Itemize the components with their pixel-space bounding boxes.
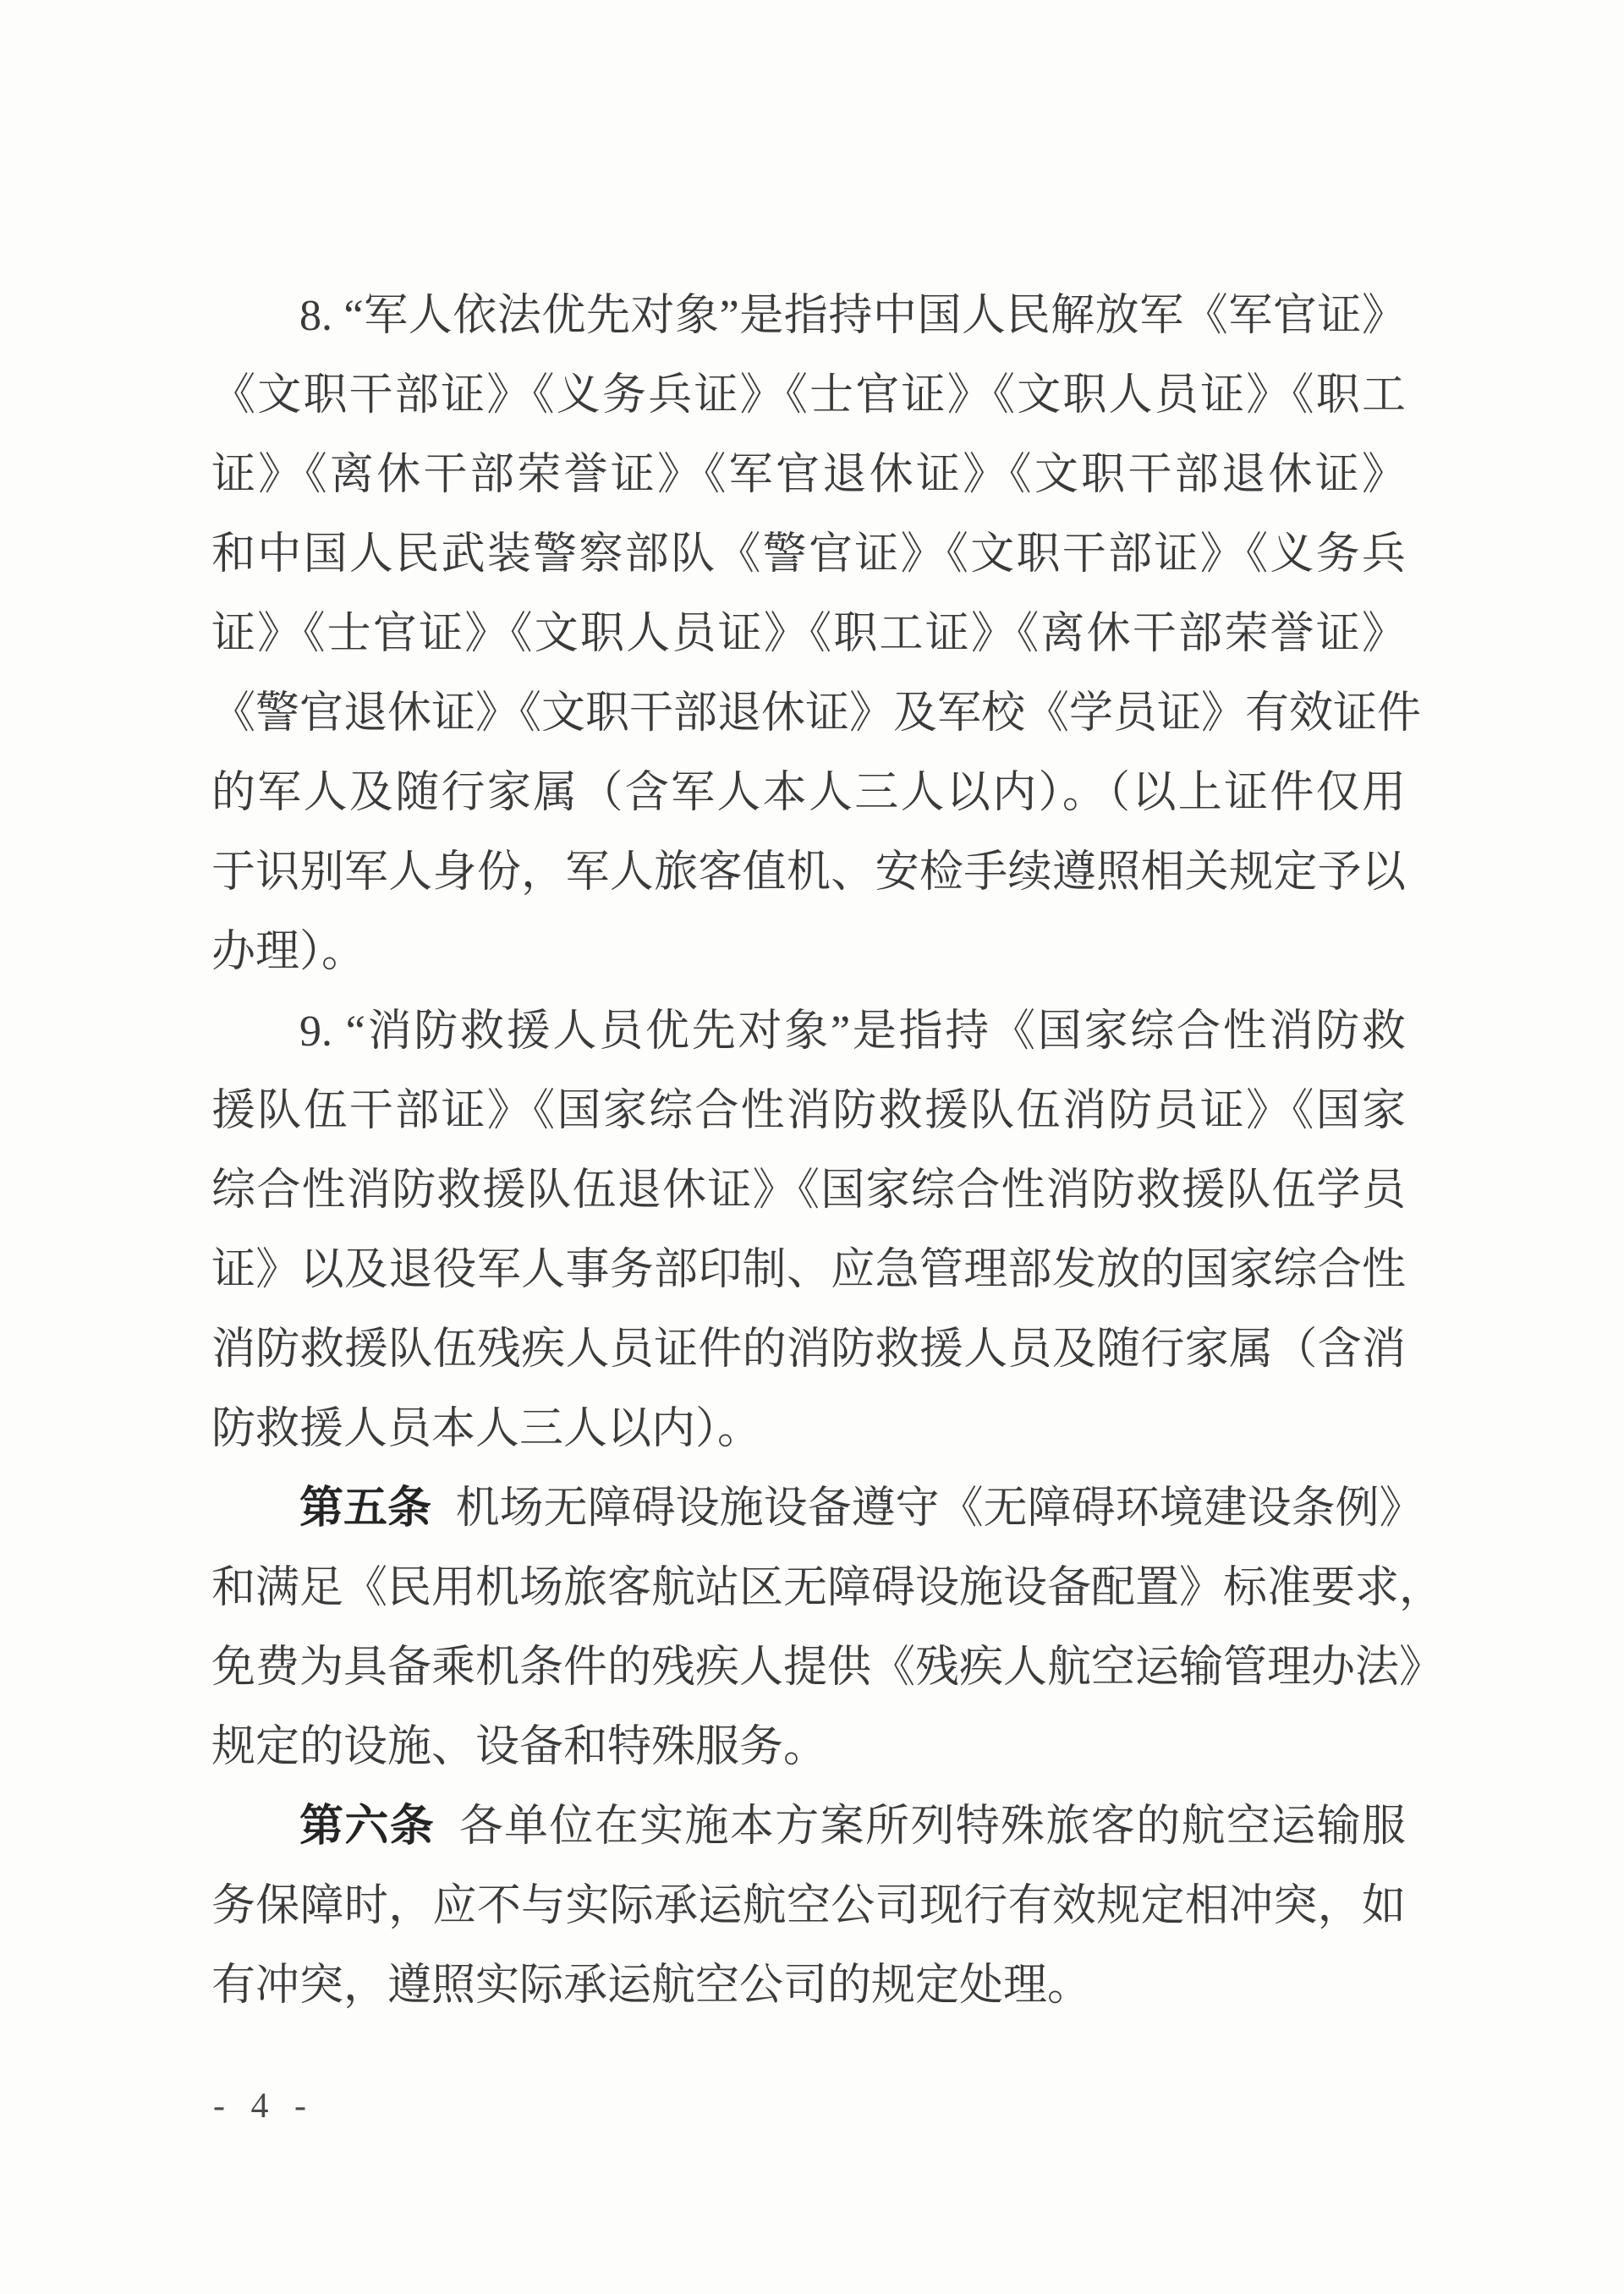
- text-line: 证》《离休干部荣誉证》《军官退休证》《文职干部退休证》: [211, 436, 1406, 515]
- paragraph-item-9: 9. “消防救援人员优先对象”是指持《国家综合性消防救 援队伍干部证》《国家综合…: [211, 992, 1406, 1469]
- text-line: 规定的设施、设备和特殊服务。: [211, 1708, 1406, 1787]
- text-line: 和中国人民武装警察部队《警官证》《文职干部证》《义务兵: [211, 515, 1406, 595]
- text-line: 防救援人员本人三人以内）。: [211, 1390, 1406, 1469]
- text-line: 务保障时，应不与实际承运航空公司现行有效规定相冲突，如: [211, 1867, 1406, 1946]
- text-line: 消防救援队伍残疾人员证件的消防救援人员及随行家属（含消: [211, 1310, 1406, 1390]
- clause-5-first-line-text: 机场无障碍设施设备遵守《无障碍环境建设条例》: [456, 1485, 1424, 1533]
- paragraph-clause-5: 第五条机场无障碍设施设备遵守《无障碍环境建设条例》 和满足《民用机场旅客航站区无…: [211, 1469, 1406, 1787]
- text-line: 第六条各单位在实施本方案所列特殊旅客的航空运输服: [211, 1787, 1406, 1867]
- text-line: 9. “消防救援人员优先对象”是指持《国家综合性消防救: [211, 992, 1406, 1072]
- clause-6-number: 第六条: [299, 1803, 435, 1851]
- text-line: 证》以及退役军人事务部印制、应急管理部发放的国家综合性: [211, 1231, 1406, 1310]
- document-page: 8. “军人依法优先对象”是指持中国人民解放军《军官证》 《文职干部证》《义务兵…: [0, 0, 1624, 2294]
- text-line: 8. “军人依法优先对象”是指持中国人民解放军《军官证》: [211, 277, 1406, 356]
- text-line: 援队伍干部证》《国家综合性消防救援队伍消防员证》《国家: [211, 1072, 1406, 1151]
- clause-5-number: 第五条: [299, 1485, 431, 1533]
- page-number: - 4 -: [213, 2088, 315, 2125]
- paragraph-clause-6: 第六条各单位在实施本方案所列特殊旅客的航空运输服 务保障时，应不与实际承运航空公…: [211, 1787, 1406, 2026]
- text-line: 办理）。: [211, 913, 1406, 992]
- text-line: 综合性消防救援队伍退休证》《国家综合性消防救援队伍学员: [211, 1151, 1406, 1231]
- text-line: 证》《士官证》《文职人员证》《职工证》《离休干部荣誉证》: [211, 595, 1406, 674]
- text-line: 的军人及随行家属（含军人本人三人以内）。（以上证件仅用: [211, 754, 1406, 833]
- text-line: 第五条机场无障碍设施设备遵守《无障碍环境建设条例》: [211, 1469, 1406, 1549]
- text-line: 免费为具备乘机条件的残疾人提供《残疾人航空运输管理办法》: [211, 1628, 1406, 1708]
- text-line: 有冲突，遵照实际承运航空公司的规定处理。: [211, 1946, 1406, 2026]
- text-line: 《文职干部证》《义务兵证》《士官证》《文职人员证》《职工: [211, 356, 1406, 436]
- clause-6-first-line-text: 各单位在实施本方案所列特殊旅客的航空运输服: [459, 1803, 1406, 1851]
- paragraph-item-8: 8. “军人依法优先对象”是指持中国人民解放军《军官证》 《文职干部证》《义务兵…: [211, 277, 1406, 992]
- document-body: 8. “军人依法优先对象”是指持中国人民解放军《军官证》 《文职干部证》《义务兵…: [211, 277, 1406, 2026]
- text-line: 于识别军人身份，军人旅客值机、安检手续遵照相关规定予以: [211, 833, 1406, 913]
- text-line: 《警官退休证》《文职干部退休证》及军校《学员证》有效证件: [211, 674, 1406, 754]
- text-line: 和满足《民用机场旅客航站区无障碍设施设备配置》标准要求，: [211, 1549, 1406, 1628]
